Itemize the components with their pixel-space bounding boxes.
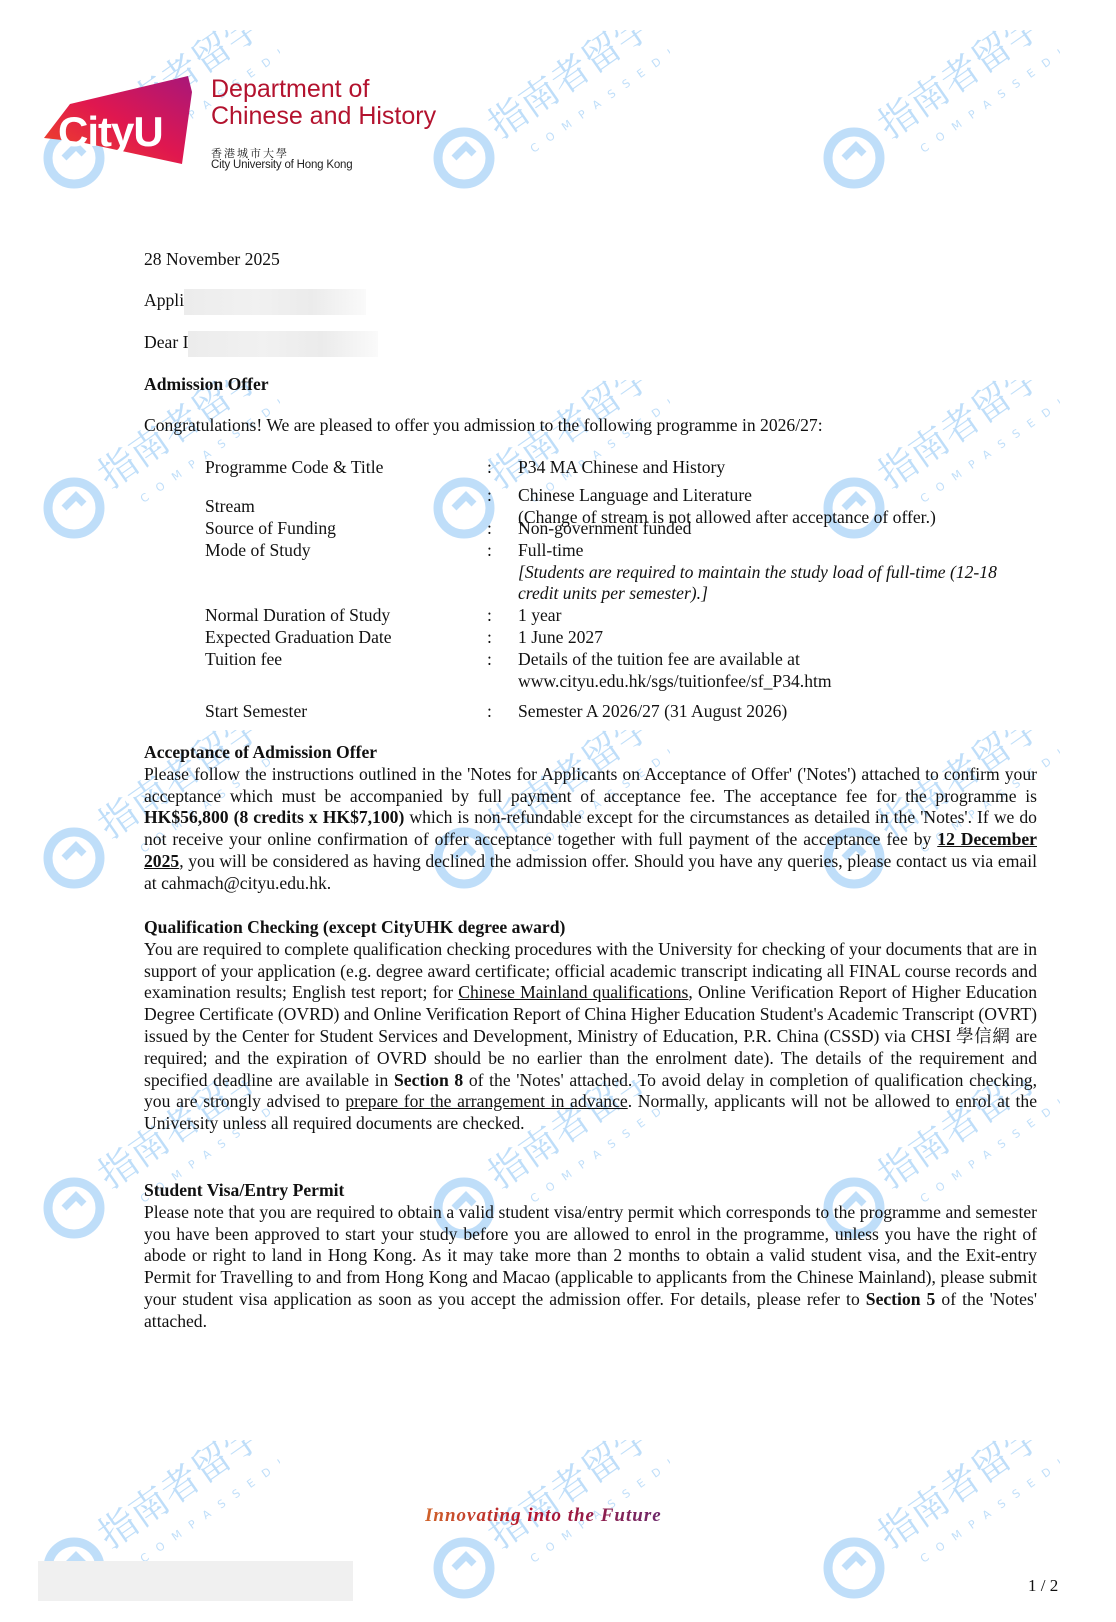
applicant-line: Appli (144, 289, 366, 315)
page-number: 1 / 2 (1028, 1576, 1058, 1596)
detail-label: Source of Funding (205, 518, 336, 540)
detail-value: Chinese Language and Literature (518, 485, 752, 507)
detail-separator: : (487, 627, 492, 649)
qualification-paragraph: You are required to complete qualificati… (144, 939, 1037, 1135)
watermark: 指南者留学COMPASSEDU (820, 30, 1060, 200)
salutation-prefix: Dear I (144, 332, 188, 352)
detail-separator: : (487, 649, 492, 671)
acceptance-text-1: Please follow the instructions outlined … (144, 764, 1037, 806)
chinese-mainland-qualifications-link[interactable]: Chinese Mainland qualifications (458, 982, 688, 1002)
detail-separator: : (487, 605, 492, 627)
salutation: Dear I (144, 331, 378, 357)
detail-value: Full-time (518, 540, 584, 562)
detail-value: Details of the tuition fee are available… (518, 649, 800, 671)
detail-label: Tuition fee (205, 649, 282, 671)
department-name: Department of Chinese and History (211, 76, 436, 130)
watermark-text-en: COMPASSEDU (138, 388, 280, 506)
detail-label: Expected Graduation Date (205, 627, 392, 649)
detail-value: P34 MA Chinese and History (518, 457, 725, 479)
watermark-text-zh: 指南者留学 (90, 380, 271, 497)
university-name-en: City University of Hong Kong (211, 159, 352, 171)
qualification-heading: Qualification Checking (except CityUHK d… (144, 917, 1037, 939)
logo-text: CityU (58, 108, 163, 155)
detail-separator: : (487, 485, 492, 507)
redacted-footer-block (38, 1561, 353, 1601)
watermark: 指南者留学COMPASSEDU (820, 1440, 1060, 1610)
detail-value: 1 June 2027 (518, 627, 603, 649)
watermark-text-zh: 指南者留学 (480, 380, 661, 497)
watermark-text-zh: 指南者留学 (480, 1440, 661, 1557)
detail-separator: : (487, 518, 492, 540)
detail-separator: : (487, 457, 492, 479)
acceptance-heading: Acceptance of Admission Offer (144, 742, 1037, 764)
acceptance-section: Acceptance of Admission Offer Please fol… (144, 742, 1037, 895)
detail-value: www.cityu.edu.hk/sgs/tuitionfee/sf_P34.h… (518, 671, 832, 693)
intro-paragraph: Congratulations! We are pleased to offer… (144, 415, 823, 437)
detail-label: Normal Duration of Study (205, 605, 390, 627)
footer-tagline: Innovating into the Future (425, 1505, 662, 1527)
letter-date: 28 November 2025 (144, 249, 280, 271)
detail-label: Start Semester (205, 701, 307, 723)
department-line-1: Department of (211, 76, 436, 103)
detail-note: credit units per semester).] (518, 583, 708, 605)
detail-label: Programme Code & Title (205, 457, 383, 479)
watermark-text-zh: 指南者留学 (870, 1440, 1051, 1557)
prepare-arrangement-link[interactable]: prepare for the arrangement in advance (345, 1091, 627, 1111)
watermark-text-en: COMPASSEDU (918, 38, 1060, 156)
acceptance-fee: HK$56,800 (8 credits x HK$7,100) (144, 807, 404, 827)
section-8-ref: Section 8 (394, 1070, 463, 1090)
watermark-text-en: COMPASSEDU (918, 1448, 1060, 1566)
detail-separator: : (487, 701, 492, 723)
acceptance-text-3: , you will be considered as having decli… (144, 851, 1037, 893)
section-5-ref: Section 5 (866, 1289, 936, 1309)
visa-section: Student Visa/Entry Permit Please note th… (144, 1180, 1037, 1333)
redacted-applicant-number (184, 289, 366, 315)
acceptance-paragraph: Please follow the instructions outlined … (144, 764, 1037, 895)
department-line-2: Chinese and History (211, 103, 436, 130)
watermark-text-en: COMPASSEDU (918, 388, 1060, 506)
watermark-text-en: COMPASSEDU (528, 38, 670, 156)
detail-note: [Students are required to maintain the s… (518, 562, 997, 584)
detail-value: Non-government funded (518, 518, 691, 540)
applicant-prefix: Appli (144, 290, 184, 310)
detail-label: Stream (205, 496, 255, 518)
visa-paragraph: Please note that you are required to obt… (144, 1202, 1037, 1333)
detail-separator: : (487, 540, 492, 562)
detail-label: Mode of Study (205, 540, 311, 562)
letter-subject: Admission Offer (144, 374, 269, 396)
watermark-text-zh: 指南者留学 (480, 30, 661, 147)
watermark: 指南者留学COMPASSEDU (430, 30, 670, 200)
detail-value: 1 year (518, 605, 561, 627)
watermark-text-zh: 指南者留学 (870, 30, 1051, 147)
redacted-applicant-name (188, 331, 378, 357)
watermark-text-zh: 指南者留学 (870, 380, 1051, 497)
detail-value: Semester A 2026/27 (31 August 2026) (518, 701, 787, 723)
cityu-logo: CityU (40, 72, 200, 172)
watermark-text-zh: 指南者留学 (90, 1440, 271, 1557)
watermark-text-en: COMPASSEDU (138, 1448, 280, 1566)
qualification-section: Qualification Checking (except CityUHK d… (144, 917, 1037, 1135)
visa-heading: Student Visa/Entry Permit (144, 1180, 1037, 1202)
